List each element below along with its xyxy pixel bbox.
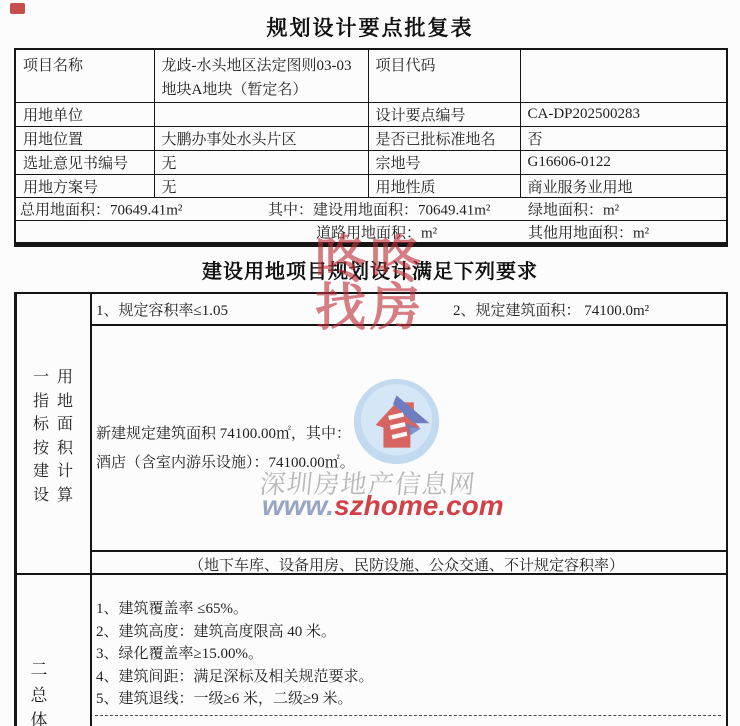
url-prefix: www. <box>262 490 334 521</box>
project-name-line1: 龙歧-水头地区法定图则03-03 <box>162 54 368 78</box>
watermark-site-url: www.szhome.com <box>262 490 504 522</box>
other-area: 其他用地面积：m² <box>528 221 649 242</box>
field-label-site-opinion-no: 选址意见书编号 <box>15 151 154 175</box>
url-domain: szhome.com <box>334 490 504 521</box>
field-label-design-no: 设计要点编号 <box>368 103 520 127</box>
field-value-design-no: CA-DP202500283 <box>520 103 727 127</box>
project-name-line2: 地块A地块（暂定名） <box>162 78 368 102</box>
far-requirement: 1、规定容积率≤1.05 <box>96 299 228 320</box>
totals-cell: 总用地面积：70649.41m² 其中：建设用地面积：70649.41m² 绿地… <box>15 198 727 221</box>
field-value-plan-no: 无 <box>154 175 368 198</box>
field-value-project-code <box>520 49 727 103</box>
field-value-site-opinion-no: 无 <box>154 151 368 175</box>
field-label-project-code: 项目代码 <box>368 49 520 103</box>
stamp-line2: 找房 <box>312 285 428 333</box>
setback-requirement: 5、建筑退线：一级≥6 米，二级≥9 米。 <box>96 687 352 708</box>
field-label-land-user: 用地单位 <box>15 103 154 127</box>
table-row: 用地位置 大鹏办事处水头片区 是否已批标准地名 否 <box>15 127 727 151</box>
table-row: 用地方案号 无 用地性质 商业服务业用地 <box>15 175 727 198</box>
dashed-divider <box>95 715 721 716</box>
field-label-std-name: 是否已批标准地名 <box>368 127 520 151</box>
field-label-project-name: 项目名称 <box>15 49 154 103</box>
green-area: 绿地面积：m² <box>528 199 619 220</box>
watermark-red-stamp: 咚咚 找房 <box>312 237 428 333</box>
table-inner-vertical-border <box>90 294 92 726</box>
greening-requirement: 3、绿化覆盖率≥15.00%。 <box>96 642 263 663</box>
field-value-location: 大鹏办事处水头片区 <box>154 127 368 151</box>
field-value-land-use: 商业服务业用地 <box>520 175 727 198</box>
field-value-project-name: 龙歧-水头地区法定图则03-03 地块A地块（暂定名） <box>154 49 368 103</box>
table-row: 项目名称 龙歧-水头地区法定图则03-03 地块A地块（暂定名） 项目代码 <box>15 49 727 103</box>
approval-info-table: 项目名称 龙歧-水头地区法定图则03-03 地块A地块（暂定名） 项目代码 用地… <box>14 48 728 247</box>
field-label-location: 用地位置 <box>15 127 154 151</box>
section2-vertical-header: 二总体 <box>30 657 48 726</box>
stamp-line1: 咚咚 <box>312 237 428 285</box>
exclusion-note: （地下车库、设备用房、民防设施、公众交通、不计规定容积率） <box>92 554 721 575</box>
field-label-plan-no: 用地方案号 <box>15 175 154 198</box>
szhome-logo-icon <box>353 378 440 465</box>
construction-land-area: 其中：建设用地面积：70649.41m² <box>268 199 490 220</box>
field-value-std-name: 否 <box>520 127 727 151</box>
new-build-area-line1: 新建规定建筑面积 74100.00㎡，其中： <box>96 422 351 443</box>
gfa-requirement: 2、规定建筑面积： 74100.0m² <box>453 299 649 320</box>
table-row-totals: 总用地面积：70649.41m² 其中：建设用地面积：70649.41m² 绿地… <box>15 198 727 221</box>
section1-vertical-header-col2: 用地面积计算 <box>56 366 74 507</box>
field-value-land-user <box>154 103 368 127</box>
approval-document-page: 规划设计要点批复表 项目名称 龙歧-水头地区法定图则03-03 地块A地块（暂定… <box>0 0 740 726</box>
field-label-parcel-no: 宗地号 <box>368 151 520 175</box>
table-inner-border <box>92 550 726 552</box>
coverage-requirement: 1、建筑覆盖率 ≤65%。 <box>96 597 248 618</box>
table-row: 用地单位 设计要点编号 CA-DP202500283 <box>15 103 727 127</box>
spacing-requirement: 4、建筑间距：满足深标及相关规范要求。 <box>96 665 374 686</box>
total-land-area: 总用地面积：70649.41m² <box>20 199 182 220</box>
height-requirement: 2、建筑高度：建筑高度限高 40 米。 <box>96 620 336 641</box>
field-value-parcel-no: G16606-0122 <box>520 151 727 175</box>
page-title: 规划设计要点批复表 <box>0 12 740 42</box>
table-row: 选址意见书编号 无 宗地号 G16606-0122 <box>15 151 727 175</box>
field-label-land-use: 用地性质 <box>368 175 520 198</box>
section1-vertical-header-col1: 一指标按建设 <box>32 366 50 507</box>
